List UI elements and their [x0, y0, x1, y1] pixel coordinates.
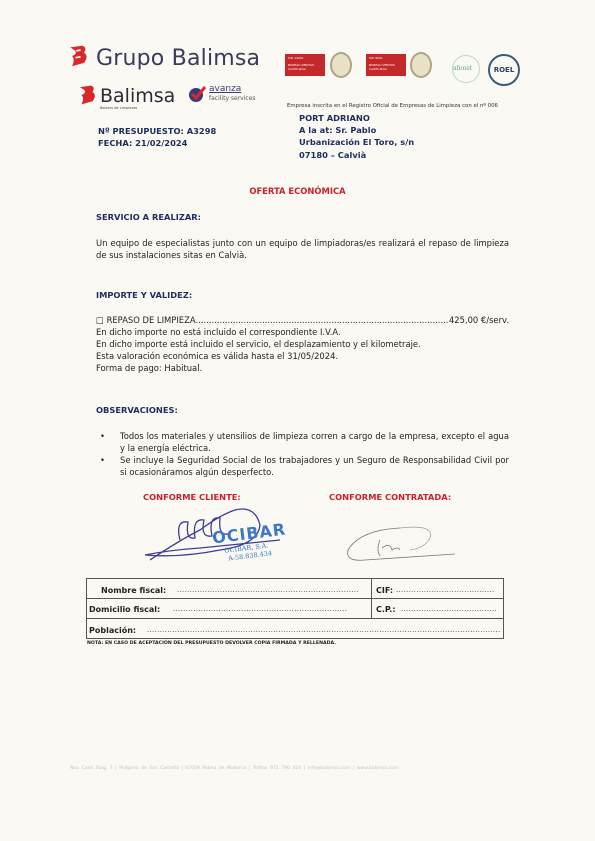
acceptance-note: NOTA: EN CASO DE ACEPTACIÓN DEL PRESUPUE… [87, 641, 336, 646]
fiscal-name-field[interactable]: ........................................… [177, 586, 359, 594]
price-dots: ........................................… [196, 314, 449, 326]
cert-sub: Certification [369, 67, 403, 71]
observations-list: Todos los materiales y utensilios de lim… [96, 430, 509, 478]
roel-label: ROEL [494, 66, 515, 74]
postal-code-label: C.P.: [376, 605, 396, 614]
service-description: Un equipo de especialistas junto con un … [96, 237, 509, 261]
observations-block: Todos los materiales y utensilios de lim… [96, 430, 509, 478]
service-heading: SERVICIO A REALIZAR: [96, 212, 201, 222]
form-row-fiscal-name: Nombre fiscal: .........................… [87, 579, 503, 599]
footer-city: 07009 Palma de Mallorca [185, 766, 246, 771]
contractor-signature [340, 520, 465, 570]
footer-separator: | [353, 766, 355, 771]
cert-badge-iso14001: ISO 14001 BUREAU VERITAS Certification [285, 54, 325, 76]
pricing-heading: IMPORTE Y VALIDEZ: [96, 290, 192, 300]
cif-label: CIF: [376, 586, 393, 595]
postal-code-field[interactable]: ...................................... [401, 605, 497, 613]
afenet-label: afenet [453, 65, 472, 72]
footer-separator: | [249, 766, 251, 771]
footer-website[interactable]: www.balimsa.com [357, 766, 399, 771]
balimsa-b-icon-small [76, 84, 98, 106]
cert-code: ISO 9001 [369, 56, 403, 60]
company-stamp: OCIBAR OCIBAR, S.A. A-58.838.434 [200, 524, 286, 559]
cert-code: ISO 14001 [288, 56, 322, 60]
footer-email[interactable]: info@balimsa.com [308, 766, 350, 771]
group-name: Grupo Balimsa [96, 46, 260, 71]
client-address: PORT ADRIANO A la at: Sr. Pablo Urbaniza… [299, 112, 414, 161]
contractor-signature-label: CONFORME CONTRATADA: [329, 492, 451, 502]
registry-note: Empresa inscrita en el Registro Oficial … [287, 103, 498, 109]
town-label: Población: [89, 626, 136, 635]
document-title: OFERTA ECONÓMICA [0, 186, 595, 196]
footer-separator: | [181, 766, 183, 771]
balimsa-small-logo [76, 84, 98, 110]
cert-sub: Certification [288, 67, 322, 71]
budget-number: Nº PRESUPUESTO: A3298 [98, 125, 216, 137]
observation-item: Todos los materiales y utensilios de lim… [96, 430, 509, 454]
client-data-form: Nombre fiscal: .........................… [86, 578, 504, 639]
town-field[interactable]: ........................................… [147, 626, 501, 634]
price-line: □ REPASO DE LIMPIEZA ...................… [96, 314, 509, 326]
pricing-line: En dicho importe está incluido el servic… [96, 338, 509, 350]
bureau-veritas-seal-icon [410, 52, 432, 78]
observations-heading: OBSERVACIONES: [96, 405, 178, 415]
fiscal-address-field[interactable]: ........................................… [173, 605, 347, 613]
brand-tagline: Balears de Limpiezas [100, 106, 137, 110]
client-street: Urbanización El Toro, s/n [299, 136, 414, 148]
grupo-balimsa-logo [66, 44, 90, 72]
price-item-label: □ REPASO DE LIMPIEZA [96, 314, 196, 326]
brand-name: Balimsa [100, 85, 175, 107]
partner-name: avanza [209, 84, 241, 94]
partner-sub: facility services [209, 95, 256, 102]
footer-contact: Nou Camí Roig, 7 | Polígono de Son Caste… [70, 766, 398, 771]
form-row-town: Población: .............................… [87, 619, 503, 639]
pricing-line: Esta valoración económica es válida hast… [96, 350, 509, 362]
afenet-logo: afenet [450, 55, 482, 85]
observation-item: Se incluye la Seguridad Social de los tr… [96, 454, 509, 478]
client-attention: A la at: Sr. Pablo [299, 124, 414, 136]
avanza-check-icon [187, 84, 207, 104]
footer-separator: | [304, 766, 306, 771]
bureau-veritas-seal-icon [330, 52, 352, 78]
roel-logo: ROEL [488, 54, 520, 86]
client-city: 07180 – Calvià [299, 149, 414, 161]
client-name: PORT ADRIANO [299, 112, 414, 124]
pricing-line: En dicho importe no está incluido el cor… [96, 326, 509, 338]
price-item-value: 425,00 €/serv. [449, 314, 509, 326]
footer-address: Nou Camí Roig, 7 [70, 766, 113, 771]
cif-field[interactable]: ....................................... [396, 586, 494, 594]
balimsa-b-icon [66, 44, 90, 68]
footer-phone: Tel/fax 971 790 424 [253, 766, 302, 771]
cert-badge-iso9001: ISO 9001 BUREAU VERITAS Certification [366, 54, 406, 76]
pricing-block: □ REPASO DE LIMPIEZA ...................… [96, 314, 509, 374]
budget-date: FECHA: 21/02/2024 [98, 137, 216, 149]
fiscal-address-label: Domicilio fiscal: [89, 605, 160, 614]
budget-info: Nº PRESUPUESTO: A3298 FECHA: 21/02/2024 [98, 125, 216, 149]
service-text: Un equipo de especialistas junto con un … [96, 237, 509, 261]
pricing-line: Forma de pago: Habitual. [96, 362, 509, 374]
form-row-fiscal-address: Domicilio fiscal: ......................… [87, 599, 503, 619]
footer-industrial-park: Polígono de Son Castelló [119, 766, 179, 771]
footer-separator: | [115, 766, 117, 771]
fiscal-name-label: Nombre fiscal: [101, 586, 166, 595]
